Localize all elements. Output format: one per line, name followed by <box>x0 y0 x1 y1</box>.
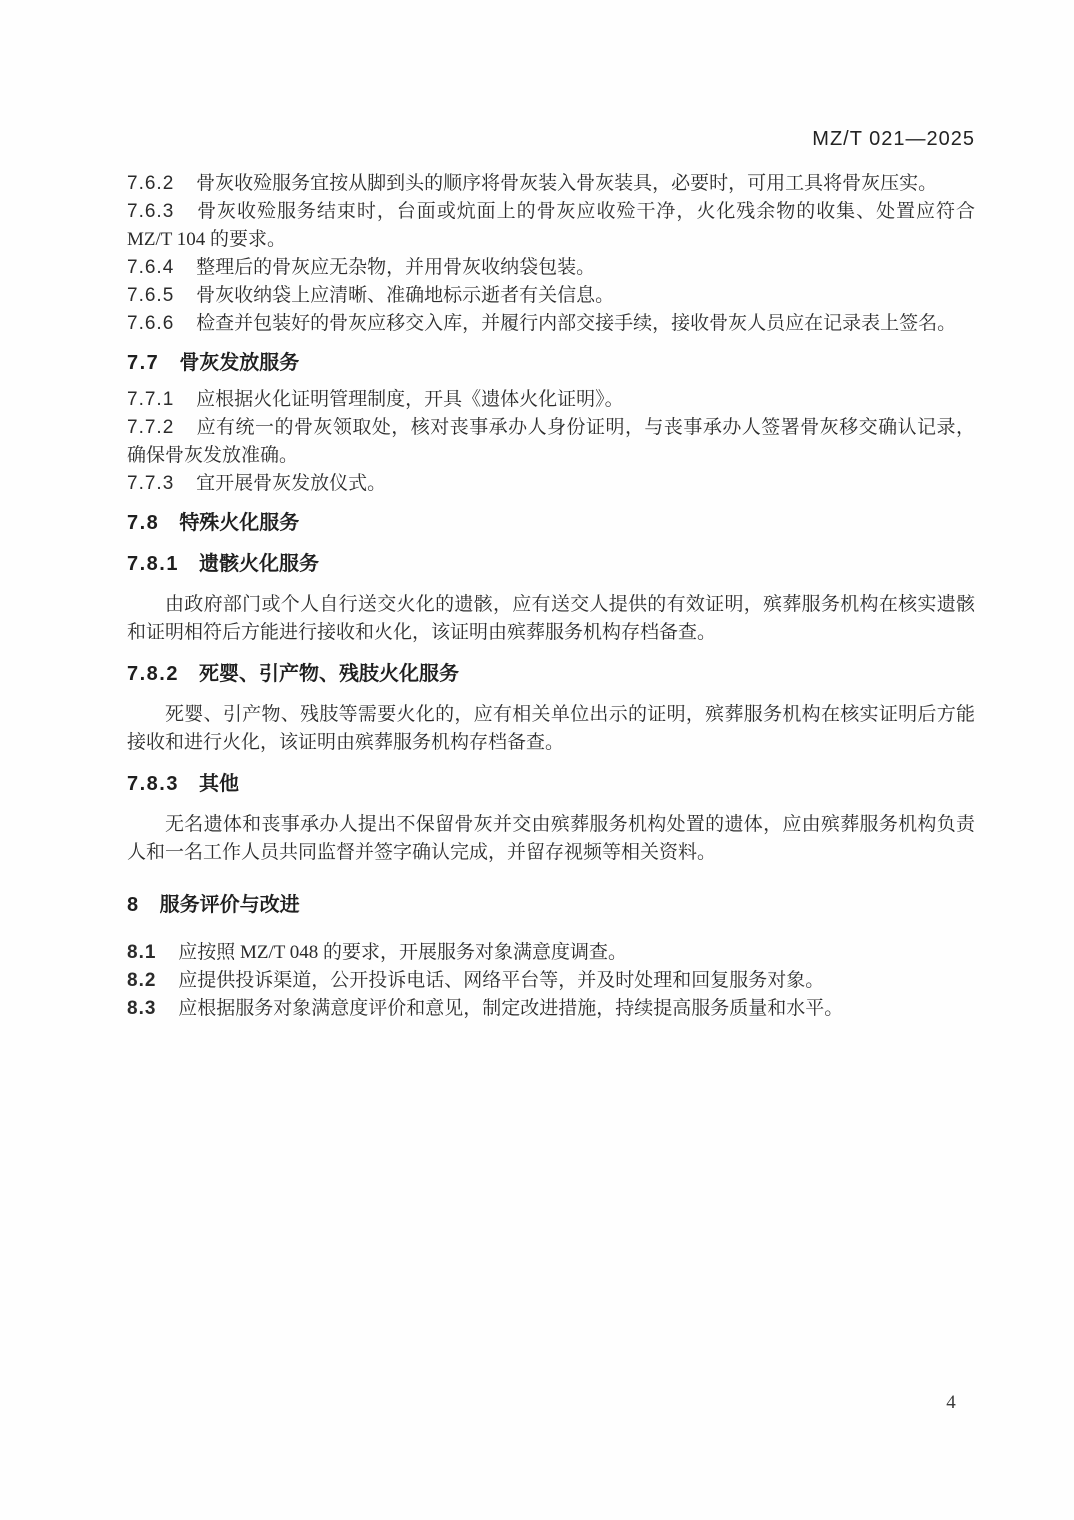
clause-text: 应提供投诉渠道，公开投诉电话、网络平台等，并及时处理和回复服务对象。 <box>178 970 824 991</box>
paragraph-7.8.3: 无名遗体和丧事承办人提出不保留骨灰并交由殡葬服务机构处置的遗体，应由殡葬服务机构… <box>127 811 975 867</box>
heading-title: 其他 <box>199 773 239 795</box>
clause-text: 骨灰收纳袋上应清晰、准确地标示逝者有关信息。 <box>196 285 614 306</box>
section-heading-7.8.3: 7.8.3其他 <box>127 770 975 798</box>
page-number: 4 <box>936 1392 966 1414</box>
clause-8.1: 8.1应按照 MZ/T 048 的要求，开展服务对象满意度调查。 <box>127 939 975 967</box>
clause-number: 8.3 <box>127 998 156 1019</box>
clause-number: 7.6.4 <box>127 257 174 278</box>
clause-7.7.1: 7.7.1应根据火化证明管理制度，开具《遗体火化证明》。 <box>127 386 975 414</box>
clause-number: 7.6.2 <box>127 173 174 194</box>
clause-text: 整理后的骨灰应无杂物，并用骨灰收纳袋包装。 <box>196 257 595 278</box>
heading-number: 7.8.3 <box>127 773 179 795</box>
chapter-heading-8: 8服务评价与改进 <box>127 891 975 919</box>
clause-8.3: 8.3应根据服务对象满意度评价和意见，制定改进措施，持续提高服务质量和水平。 <box>127 995 975 1023</box>
section-heading-7.8.1: 7.8.1遗骸火化服务 <box>127 550 975 578</box>
clause-7.6.2: 7.6.2骨灰收殓服务宜按从脚到头的顺序将骨灰装入骨灰装具，必要时，可用工具将骨… <box>127 170 975 198</box>
clause-7.6.3: 7.6.3骨灰收殓服务结束时，台面或炕面上的骨灰应收殓干净，火化残余物的收集、处… <box>127 198 975 254</box>
doc-number-header: MZ/T 021—2025 <box>812 128 975 151</box>
clause-text: 应根据服务对象满意度评价和意见，制定改进措施，持续提高服务质量和水平。 <box>178 998 843 1019</box>
paragraph-7.8.2: 死婴、引产物、残肢等需要火化的，应有相关单位出示的证明，殡葬服务机构在核实证明后… <box>127 701 975 757</box>
clause-8.2: 8.2应提供投诉渠道，公开投诉电话、网络平台等，并及时处理和回复服务对象。 <box>127 967 975 995</box>
heading-number: 7.8.2 <box>127 663 179 685</box>
clause-7.7.2: 7.7.2应有统一的骨灰领取处，核对丧事承办人身份证明，与丧事承办人签署骨灰移交… <box>127 414 975 470</box>
heading-title: 遗骸火化服务 <box>199 553 319 575</box>
heading-number: 7.8.1 <box>127 553 179 575</box>
clause-text: 骨灰收殓服务结束时，台面或炕面上的骨灰应收殓干净，火化残余物的收集、处置应符合 … <box>127 201 975 250</box>
clause-7.6.6: 7.6.6检查并包装好的骨灰应移交入库，并履行内部交接手续，接收骨灰人员应在记录… <box>127 310 975 338</box>
clause-text: 检查并包装好的骨灰应移交入库，并履行内部交接手续，接收骨灰人员应在记录表上签名。 <box>196 313 956 334</box>
section-heading-7.7: 7.7骨灰发放服务 <box>127 349 975 377</box>
clause-text: 宜开展骨灰发放仪式。 <box>196 473 386 494</box>
clause-number: 8.1 <box>127 942 156 963</box>
clause-number: 7.7.1 <box>127 389 174 410</box>
clause-7.6.5: 7.6.5骨灰收纳袋上应清晰、准确地标示逝者有关信息。 <box>127 282 975 310</box>
heading-title: 骨灰发放服务 <box>179 352 299 374</box>
clause-number: 7.6.5 <box>127 285 174 306</box>
clause-number: 7.6.6 <box>127 313 174 334</box>
paragraph-7.8.1: 由政府部门或个人自行送交火化的遗骸，应有送交人提供的有效证明，殡葬服务机构在核实… <box>127 591 975 647</box>
heading-title: 死婴、引产物、残肢火化服务 <box>199 663 459 685</box>
clause-text: 应按照 MZ/T 048 的要求，开展服务对象满意度调查。 <box>178 942 627 963</box>
clause-number: 7.7.3 <box>127 473 174 494</box>
clause-7.7.3: 7.7.3宜开展骨灰发放仪式。 <box>127 470 975 498</box>
clause-7.6.4: 7.6.4整理后的骨灰应无杂物，并用骨灰收纳袋包装。 <box>127 254 975 282</box>
clause-text: 应有统一的骨灰领取处，核对丧事承办人身份证明，与丧事承办人签署骨灰移交确认记录，… <box>127 417 975 466</box>
heading-title: 特殊火化服务 <box>179 512 299 534</box>
document-page: MZ/T 021—2025 7.6.2骨灰收殓服务宜按从脚到头的顺序将骨灰装入骨… <box>0 0 1074 1520</box>
heading-number: 8 <box>127 894 140 916</box>
page-content: 7.6.2骨灰收殓服务宜按从脚到头的顺序将骨灰装入骨灰装具，必要时，可用工具将骨… <box>127 170 975 1023</box>
clause-number: 7.6.3 <box>127 201 174 222</box>
section-heading-7.8.2: 7.8.2死婴、引产物、残肢火化服务 <box>127 660 975 688</box>
clause-number: 7.7.2 <box>127 417 174 438</box>
heading-number: 7.8 <box>127 512 159 534</box>
heading-number: 7.7 <box>127 352 159 374</box>
clause-number: 8.2 <box>127 970 156 991</box>
clause-text: 应根据火化证明管理制度，开具《遗体火化证明》。 <box>196 389 624 410</box>
clause-text: 骨灰收殓服务宜按从脚到头的顺序将骨灰装入骨灰装具，必要时，可用工具将骨灰压实。 <box>196 173 937 194</box>
heading-title: 服务评价与改进 <box>160 894 300 916</box>
section-heading-7.8: 7.8特殊火化服务 <box>127 509 975 537</box>
